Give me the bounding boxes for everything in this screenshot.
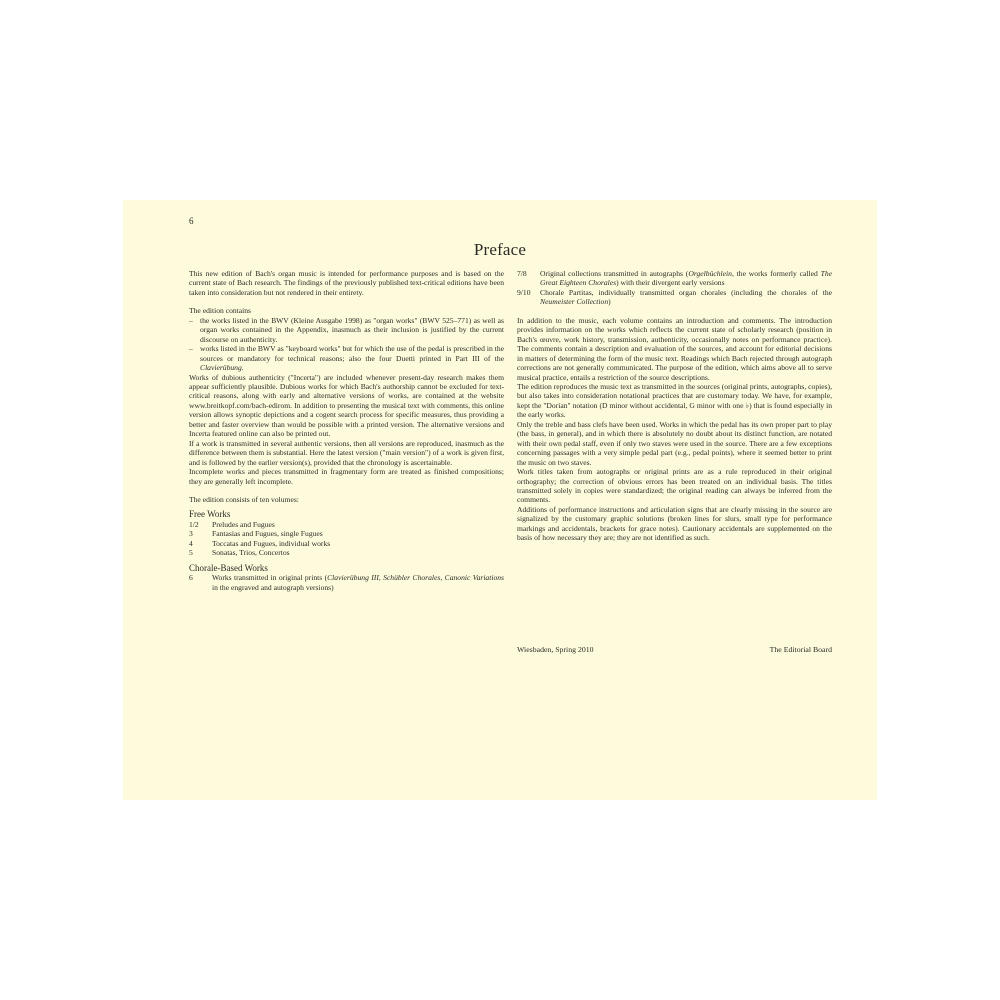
volume-item: 4Toccatas and Fugues, individual works [189, 539, 504, 548]
document-page: 6 Preface This new edition of Bach's org… [123, 200, 877, 800]
signature: The Editorial Board [770, 645, 832, 654]
free-works-heading: Free Works [189, 510, 504, 519]
body-paragraph: In addition to the music, each volume co… [517, 316, 832, 382]
place-date: Wiesbaden, Spring 2010 [517, 645, 594, 654]
volume-item: 5Sonatas, Trios, Concertos [189, 548, 504, 557]
right-paragraphs: In addition to the music, each volume co… [517, 316, 832, 543]
free-works-list: 1/2Preludes and Fugues3Fantasias and Fug… [189, 520, 504, 558]
page-title: Preface [123, 240, 877, 260]
volume-item: 7/8 Original collections transmitted in … [517, 269, 832, 288]
contains-item: –the works listed in the BWV (Kleine Aus… [189, 316, 504, 344]
body-paragraph: Only the treble and bass clefs have been… [517, 420, 832, 467]
right-column: 7/8 Original collections transmitted in … [517, 269, 832, 543]
volume-item: 9/10 Chorale Partitas, individually tran… [517, 288, 832, 307]
volume-item: 3Fantasias and Fugues, single Fugues [189, 529, 504, 538]
volume-item: 6 Works transmitted in original prints (… [189, 573, 504, 592]
body-paragraph: The edition reproduces the music text as… [517, 382, 832, 420]
signature-line: Wiesbaden, Spring 2010 The Editorial Boa… [517, 645, 832, 654]
incomplete-paragraph: Incomplete works and pieces transmitted … [189, 467, 504, 486]
contains-item: –works listed in the BWV as "keyboard wo… [189, 344, 504, 372]
incerta-paragraph: Works of dubious authenticity ("Incerta"… [189, 373, 504, 439]
body-paragraph: Work titles taken from autographs or ori… [517, 467, 832, 505]
page-number: 6 [189, 216, 194, 226]
contains-label: The edition contains [189, 306, 504, 315]
left-column: This new edition of Bach's organ music i… [189, 269, 504, 592]
versions-paragraph: If a work is transmitted in several auth… [189, 439, 504, 467]
volume-item: 1/2Preludes and Fugues [189, 520, 504, 529]
chorale-works-heading: Chorale-Based Works [189, 564, 504, 573]
intro-paragraph: This new edition of Bach's organ music i… [189, 269, 504, 297]
body-paragraph: Additions of performance instructions an… [517, 505, 832, 543]
volumes-intro: The edition consists of ten volumes: [189, 495, 504, 504]
